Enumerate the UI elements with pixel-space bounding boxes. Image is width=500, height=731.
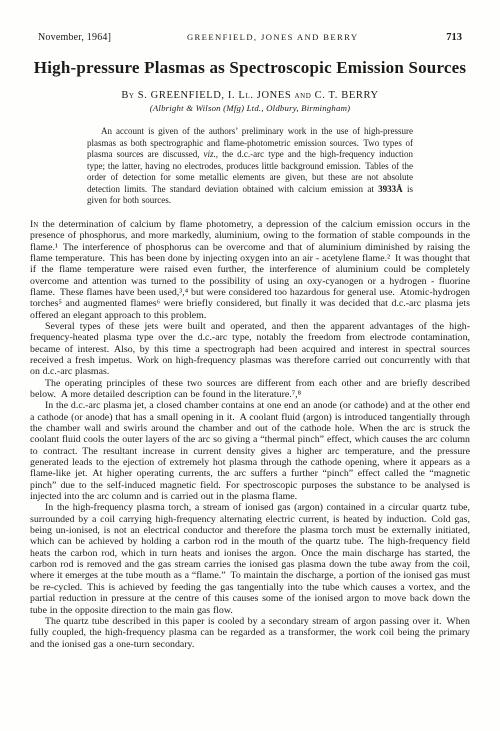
byline: By S. GREENFIELD, I. Ll. JONES and C. T.… — [0, 90, 500, 101]
article-body: In the determination of calcium by flame… — [30, 219, 470, 650]
paragraph-text: the determination of calcium by flame ph… — [30, 219, 470, 321]
paragraph: Several types of these jets were built a… — [30, 321, 470, 378]
paragraph: In the high-frequency plasma torch, a st… — [30, 502, 470, 615]
running-head: November, 1964] GREENFIELD, JONES AND BE… — [0, 0, 500, 43]
affiliation: (Albright & Wilson (Mfg) Ltd., Oldbury, … — [0, 103, 500, 113]
paragraph: In the determination of calcium by flame… — [30, 219, 470, 321]
journal-page: November, 1964] GREENFIELD, JONES AND BE… — [0, 0, 500, 731]
paragraph: In the d.c.-arc plasma jet, a closed cha… — [30, 400, 470, 502]
abstract-viz-italic: viz. — [204, 149, 216, 159]
page-number: 713 — [446, 32, 462, 43]
abstract-wavelength: 3933Å — [378, 184, 403, 194]
paragraph: The quartz tube described in this paper … — [30, 616, 470, 650]
paragraph: The operating principles of these two so… — [30, 378, 470, 401]
article-title: High-pressure Plasmas as Spectroscopic E… — [0, 58, 500, 78]
running-head-authors: GREENFIELD, JONES AND BERRY — [187, 32, 359, 42]
journal-issue: November, 1964] — [38, 32, 111, 43]
abstract: An account is given of the authors’ prel… — [87, 126, 413, 207]
